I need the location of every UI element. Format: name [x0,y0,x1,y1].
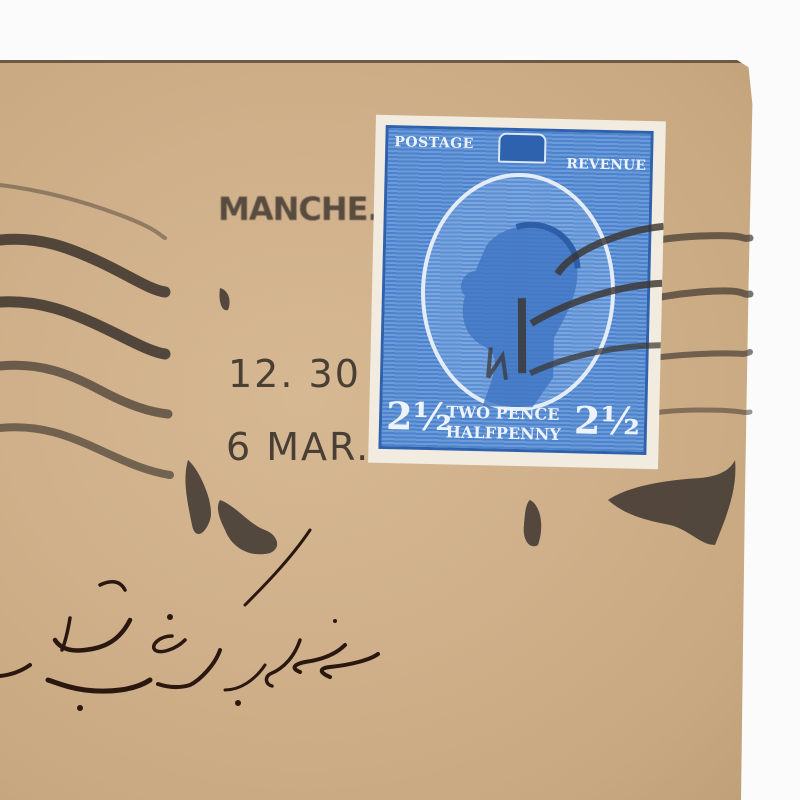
faint-cancel-line [0,185,165,238]
wavy-cancel-line [0,365,168,414]
ink-blot [218,500,277,554]
wavy-cancel-line [0,427,170,475]
ink-blot [219,288,229,310]
ink-blot [608,460,735,545]
wavy-cancel-line [0,302,165,354]
stamp-cancel-overlay [368,115,666,469]
ink-blot [524,500,542,546]
postage-stamp: POSTAGE REVENUE 2½ 2½ TWO PENCE HALFPENN… [368,115,666,469]
ink-blot [185,460,211,534]
envelope-photo: MANCHE... 12. 30 .M 6 MAR.19 POSTAGE REV… [0,0,800,800]
handwriting [0,530,378,691]
wavy-cancel-line [0,239,165,292]
